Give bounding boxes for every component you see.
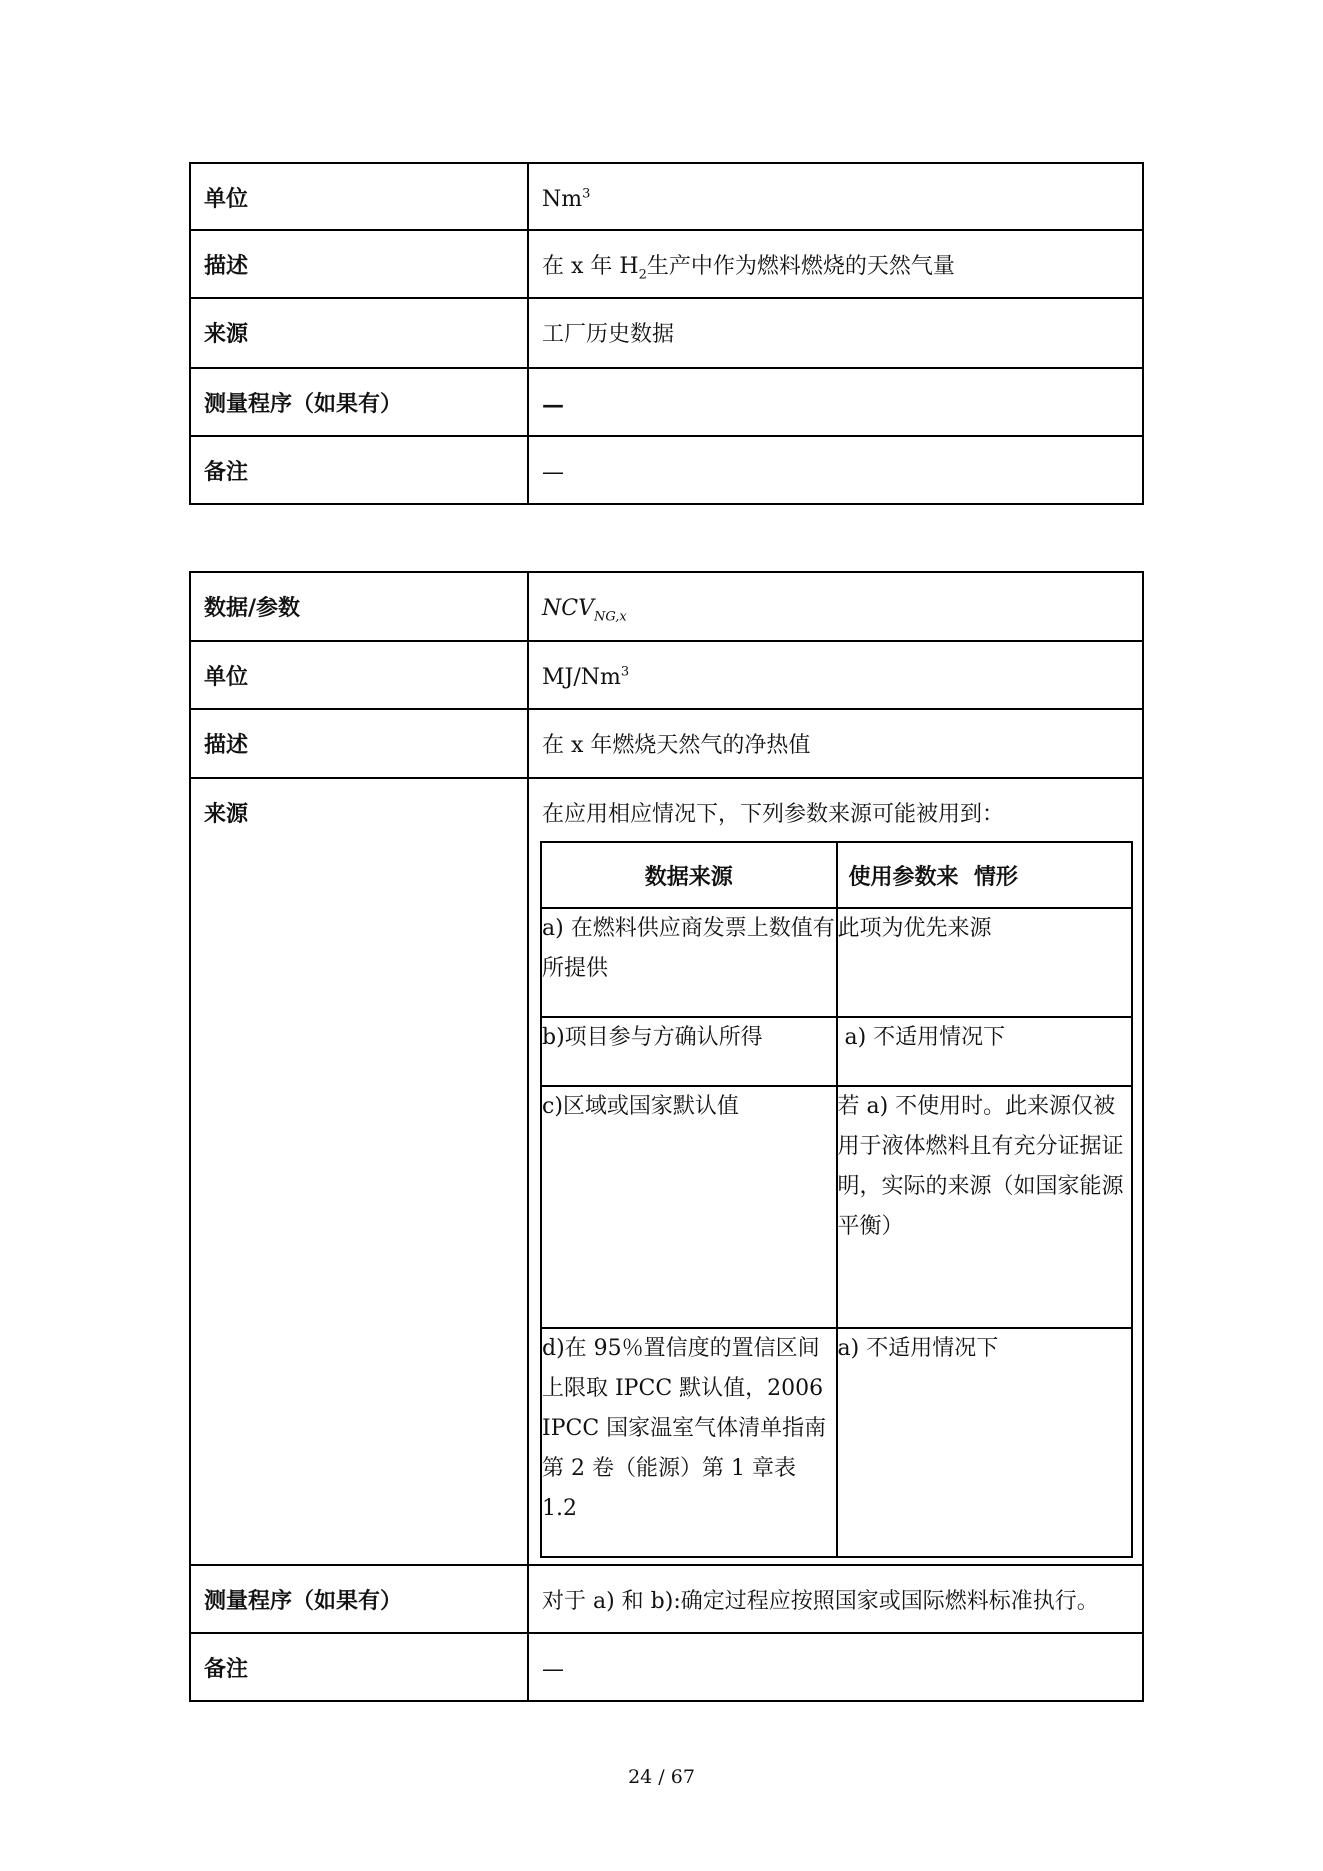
- row-value: 对于 a) 和 b):确定过程应按照国家或国际燃料标准执行。: [528, 1565, 1143, 1633]
- source-cell: d)在 95％置信度的置信区间上限取 IPCC 默认值，2006 IPCC 国家…: [541, 1328, 837, 1557]
- row-label: 单位: [190, 163, 528, 230]
- table-row: b)项目参与方确认所得 a) 不适用情况下: [541, 1017, 1132, 1086]
- row-value: Nm3: [528, 163, 1143, 230]
- page-number: 24 / 67: [0, 1766, 1323, 1788]
- table-header-row: 数据来源 使用参数来 情形: [541, 842, 1132, 908]
- row-label: 备注: [190, 436, 528, 504]
- table-row: 单位 Nm3: [190, 163, 1143, 230]
- table-row: d)在 95％置信度的置信区间上限取 IPCC 默认值，2006 IPCC 国家…: [541, 1328, 1132, 1557]
- condition-cell: a) 不适用情况下: [837, 1017, 1133, 1086]
- condition-cell: 若 a) 不使用时。此来源仅被用于液体燃料且有充分证据证明，实际的来源（如国家能…: [837, 1086, 1133, 1328]
- parameter-table-2: 数据/参数 NCVNG,x 单位 MJ/Nm3 描述 在 x 年燃烧天然气的净热…: [189, 571, 1144, 1702]
- source-cell: a) 在燃料供应商发票上数值有所提供: [541, 908, 837, 1017]
- table-row: 测量程序（如果有） —: [190, 368, 1143, 436]
- row-value: —: [528, 1633, 1143, 1701]
- row-value: 在应用相应情况下，下列参数来源可能被用到： 数据来源 使用参数来 情形 a) 在…: [528, 778, 1143, 1565]
- column-header: 使用参数来 情形: [837, 842, 1133, 908]
- row-value: MJ/Nm3: [528, 641, 1143, 709]
- source-cell: b)项目参与方确认所得: [541, 1017, 837, 1086]
- row-value: —: [528, 436, 1143, 504]
- row-label: 描述: [190, 709, 528, 778]
- table-row: 备注 —: [190, 1633, 1143, 1701]
- row-label: 备注: [190, 1633, 528, 1701]
- row-label: 测量程序（如果有）: [190, 1565, 528, 1633]
- condition-cell: 此项为优先来源: [837, 908, 1133, 1017]
- source-cell: c)区域或国家默认值: [541, 1086, 837, 1328]
- condition-cell: a) 不适用情况下: [837, 1328, 1133, 1557]
- table-row: 来源 工厂历史数据: [190, 298, 1143, 368]
- row-value: 在 x 年 H2生产中作为燃料燃烧的天然气量: [528, 230, 1143, 298]
- table-row: 测量程序（如果有） 对于 a) 和 b):确定过程应按照国家或国际燃料标准执行。: [190, 1565, 1143, 1633]
- table-row: 描述 在 x 年 H2生产中作为燃料燃烧的天然气量: [190, 230, 1143, 298]
- column-header: 数据来源: [541, 842, 837, 908]
- row-value: 在 x 年燃烧天然气的净热值: [528, 709, 1143, 778]
- table-row: c)区域或国家默认值 若 a) 不使用时。此来源仅被用于液体燃料且有充分证据证明…: [541, 1086, 1132, 1328]
- table-row: 备注 —: [190, 436, 1143, 504]
- row-value: 工厂历史数据: [528, 298, 1143, 368]
- row-value: —: [528, 368, 1143, 436]
- table-row: a) 在燃料供应商发票上数值有所提供 此项为优先来源: [541, 908, 1132, 1017]
- row-label: 来源: [190, 298, 528, 368]
- row-value: NCVNG,x: [528, 572, 1143, 641]
- table-row: 描述 在 x 年燃烧天然气的净热值: [190, 709, 1143, 778]
- data-source-table: 数据来源 使用参数来 情形 a) 在燃料供应商发票上数值有所提供 此项为优先来源…: [540, 841, 1133, 1558]
- table-row: 来源 在应用相应情况下，下列参数来源可能被用到： 数据来源 使用参数来 情形 a…: [190, 778, 1143, 1565]
- table-row: 单位 MJ/Nm3: [190, 641, 1143, 709]
- row-label: 描述: [190, 230, 528, 298]
- row-label: 测量程序（如果有）: [190, 368, 528, 436]
- row-label: 来源: [190, 778, 528, 1565]
- parameter-table-1: 单位 Nm3 描述 在 x 年 H2生产中作为燃料燃烧的天然气量 来源 工厂历史…: [189, 162, 1144, 505]
- row-label: 数据/参数: [190, 572, 528, 641]
- row-label: 单位: [190, 641, 528, 709]
- table-row: 数据/参数 NCVNG,x: [190, 572, 1143, 641]
